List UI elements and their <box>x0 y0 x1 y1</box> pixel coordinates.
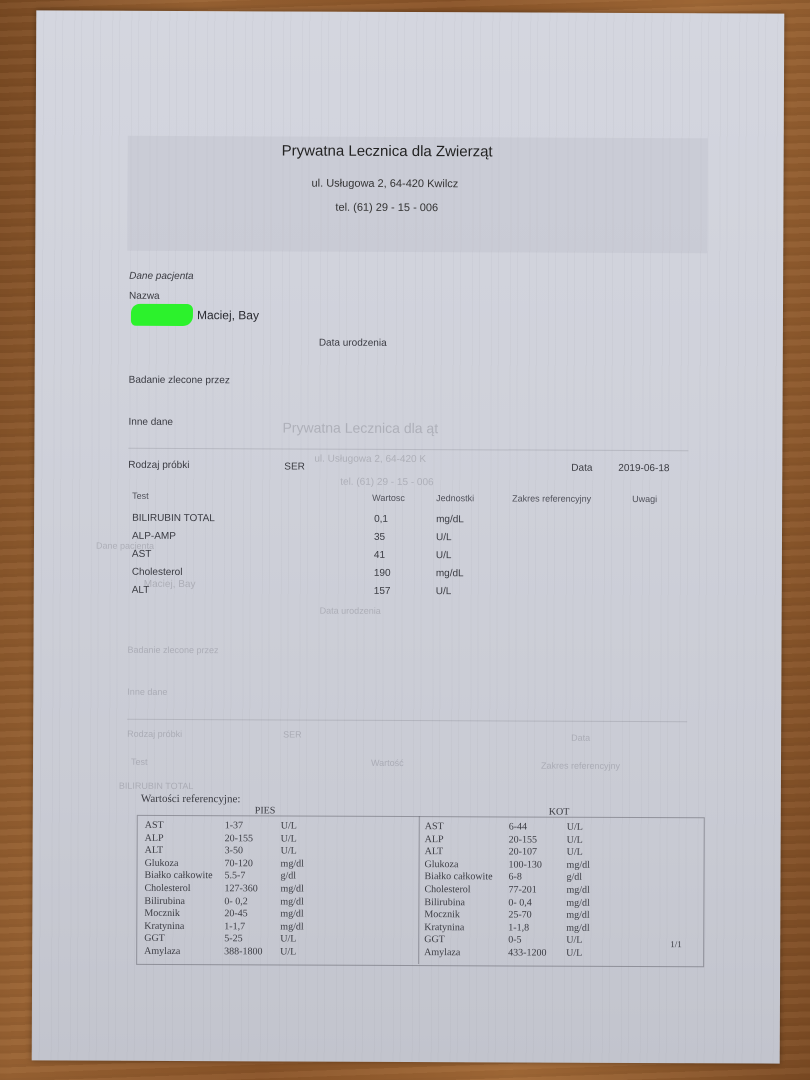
page-number: 1/1 <box>670 939 682 949</box>
result-value: 0,1 <box>374 514 388 525</box>
result-test-name: ALT <box>132 585 150 596</box>
cat-reference-unit: mg/dl <box>566 910 589 921</box>
result-unit: U/L <box>436 550 452 561</box>
result-unit: U/L <box>436 532 452 543</box>
cat-reference-test-name: AST <box>425 821 444 832</box>
dog-reference-unit: mg/dl <box>280 896 303 907</box>
dog-reference-range: 0- 0,2 <box>224 896 247 907</box>
dog-reference-unit: g/dl <box>280 871 296 882</box>
cat-reference-test-name: Cholesterol <box>424 884 470 895</box>
dog-reference-range: 388-1800 <box>224 946 262 957</box>
dog-reference-range: 1-37 <box>225 820 243 831</box>
result-test-name: Cholesterol <box>132 567 183 578</box>
dog-reference-range: 127-360 <box>224 883 257 894</box>
col-header-notes: Uwagi <box>632 494 657 504</box>
cat-reference-range: 0- 0,4 <box>508 897 531 908</box>
dog-reference-test-name: Bilirubina <box>144 895 185 906</box>
cat-reference-test-name: ALP <box>425 834 444 845</box>
ghost-value: Wartość <box>371 758 404 768</box>
ghost-sample-value: SER <box>283 729 302 739</box>
dog-reference-test-name: GGT <box>144 933 165 944</box>
result-value: 41 <box>374 550 385 561</box>
reference-title: Wartości referencyjne: <box>141 793 241 805</box>
cat-reference-unit: mg/dl <box>567 859 590 870</box>
cat-reference-range: 100-130 <box>509 859 542 870</box>
dog-reference-unit: U/L <box>280 946 296 957</box>
dog-reference-unit: mg/dl <box>281 858 304 869</box>
dog-reference-unit: mg/dl <box>280 909 303 920</box>
ghost-test: Test <box>131 757 148 767</box>
col-header-test: Test <box>132 491 149 501</box>
cat-reference-unit: U/L <box>567 847 583 858</box>
ghost-name: Maciej, Bay <box>144 579 196 590</box>
patient-name-value: Maciej, Bay <box>197 308 259 322</box>
cat-reference-range: 433-1200 <box>508 947 546 958</box>
cat-reference-test-name: Białko całkowite <box>424 871 492 882</box>
ghost-range: Zakres referencyjny <box>541 761 620 771</box>
cat-reference-unit: mg/dl <box>566 922 589 933</box>
lab-report-page: Prywatna Lecznica dla Zwierząt ul. Usług… <box>32 10 785 1063</box>
dog-reference-unit: U/L <box>280 934 296 945</box>
dog-reference-test-name: Kratynina <box>144 921 184 932</box>
dog-reference-range: 20-45 <box>224 908 247 919</box>
cat-reference-range: 20-155 <box>509 834 537 845</box>
dog-reference-range: 5.5-7 <box>224 871 245 882</box>
dog-reference-unit: mg/dl <box>280 921 303 932</box>
redaction-mark <box>131 304 193 326</box>
cat-reference-unit: U/L <box>567 822 583 833</box>
dog-reference-unit: mg/dl <box>280 883 303 894</box>
dog-reference-range: 20-155 <box>225 833 253 844</box>
ghost-address: ul. Usługowa 2, 64-420 K <box>314 454 426 465</box>
cat-reference-test-name: Glukoza <box>425 859 459 870</box>
dog-reference-unit: U/L <box>281 846 297 857</box>
patient-name-label: Nazwa <box>129 291 160 302</box>
other-data-label: Inne dane <box>128 417 173 428</box>
cat-reference-unit: mg/dl <box>566 897 589 908</box>
result-value: 157 <box>374 586 391 597</box>
dog-reference-test-name: Mocznik <box>144 908 180 919</box>
cat-reference-test-name: Amylaza <box>424 947 460 958</box>
cat-reference-test-name: GGT <box>424 934 445 945</box>
cat-reference-range: 0-5 <box>508 935 521 946</box>
reference-table <box>136 815 705 967</box>
sample-type-value: SER <box>284 461 305 472</box>
cat-reference-test-name: Kratynina <box>424 922 464 933</box>
result-value: 190 <box>374 568 391 579</box>
result-unit: mg/dL <box>436 568 464 579</box>
cat-reference-range: 1-1,8 <box>508 922 529 933</box>
cat-reference-range: 6-8 <box>508 872 521 883</box>
clinic-address: ul. Usługowa 2, 64-420 Kwilcz <box>312 178 459 191</box>
result-test-name: AST <box>132 549 152 560</box>
ghost-first-row: BILIRUBIN TOTAL <box>119 781 194 791</box>
birth-date-label: Data urodzenia <box>319 338 387 349</box>
cat-reference-test-name: Mocznik <box>424 909 460 920</box>
dog-reference-test-name: ALT <box>145 845 164 856</box>
cat-reference-unit: g/dl <box>566 872 582 883</box>
ghost-date: Data <box>571 733 590 743</box>
dog-reference-test-name: Amylaza <box>144 946 180 957</box>
dog-reference-test-name: AST <box>145 820 164 831</box>
cat-reference-test-name: ALT <box>425 846 444 857</box>
ghost-birth: Data urodzenia <box>320 606 381 616</box>
ghost-phone: tel. (61) 29 - 15 - 006 <box>340 477 433 488</box>
cat-reference-range: 20-107 <box>509 847 537 858</box>
result-unit: mg/dL <box>436 514 464 525</box>
clinic-phone: tel. (61) 29 - 15 - 006 <box>335 202 438 214</box>
dog-reference-test-name: Cholesterol <box>144 883 190 894</box>
col-header-units: Jednostki <box>436 493 474 503</box>
result-test-name: BILIRUBIN TOTAL <box>132 513 215 524</box>
cat-reference-unit: U/L <box>566 948 582 959</box>
dog-reference-unit: U/L <box>281 833 297 844</box>
patient-section-label: Dane pacjenta <box>129 271 194 282</box>
date-label: Data <box>571 463 592 474</box>
cat-reference-unit: mg/dl <box>566 885 589 896</box>
ghost-ordered: Badanie zlecone przez <box>127 645 218 655</box>
cat-reference-range: 6-44 <box>509 821 527 832</box>
ghost-other: Inne dane <box>127 687 167 697</box>
cat-reference-unit: U/L <box>566 935 582 946</box>
sample-type-label: Rodzaj próbki <box>128 460 189 471</box>
dog-reference-range: 3-50 <box>225 845 243 856</box>
date-value: 2019-06-18 <box>618 463 669 474</box>
ghost-clinic-name: Prywatna Lecznica dla ąt <box>282 419 438 436</box>
cat-reference-test-name: Bilirubina <box>424 897 465 908</box>
cat-reference-unit: U/L <box>567 834 583 845</box>
col-header-reference-range: Zakres referencyjny <box>512 493 591 503</box>
result-test-name: ALP-AMP <box>132 531 176 542</box>
result-unit: U/L <box>436 586 452 597</box>
clinic-name: Prywatna Lecznica dla Zwierząt <box>282 142 493 160</box>
dog-reference-test-name: Białko całkowite <box>144 870 212 881</box>
cat-reference-range: 77-201 <box>508 884 536 895</box>
cat-reference-range: 25-70 <box>508 910 531 921</box>
col-header-value: Wartosc <box>372 493 405 503</box>
dog-reference-test-name: ALP <box>145 832 164 843</box>
ghost-sample: Rodzaj próbki <box>127 729 182 739</box>
dog-reference-range: 5-25 <box>224 934 242 945</box>
dog-reference-range: 1-1,7 <box>224 921 245 932</box>
dog-reference-test-name: Glukoza <box>145 858 179 869</box>
ordered-by-label: Badanie zlecone przez <box>129 375 230 386</box>
dog-reference-range: 70-120 <box>225 858 253 869</box>
result-value: 35 <box>374 532 385 543</box>
dog-reference-unit: U/L <box>281 820 297 831</box>
